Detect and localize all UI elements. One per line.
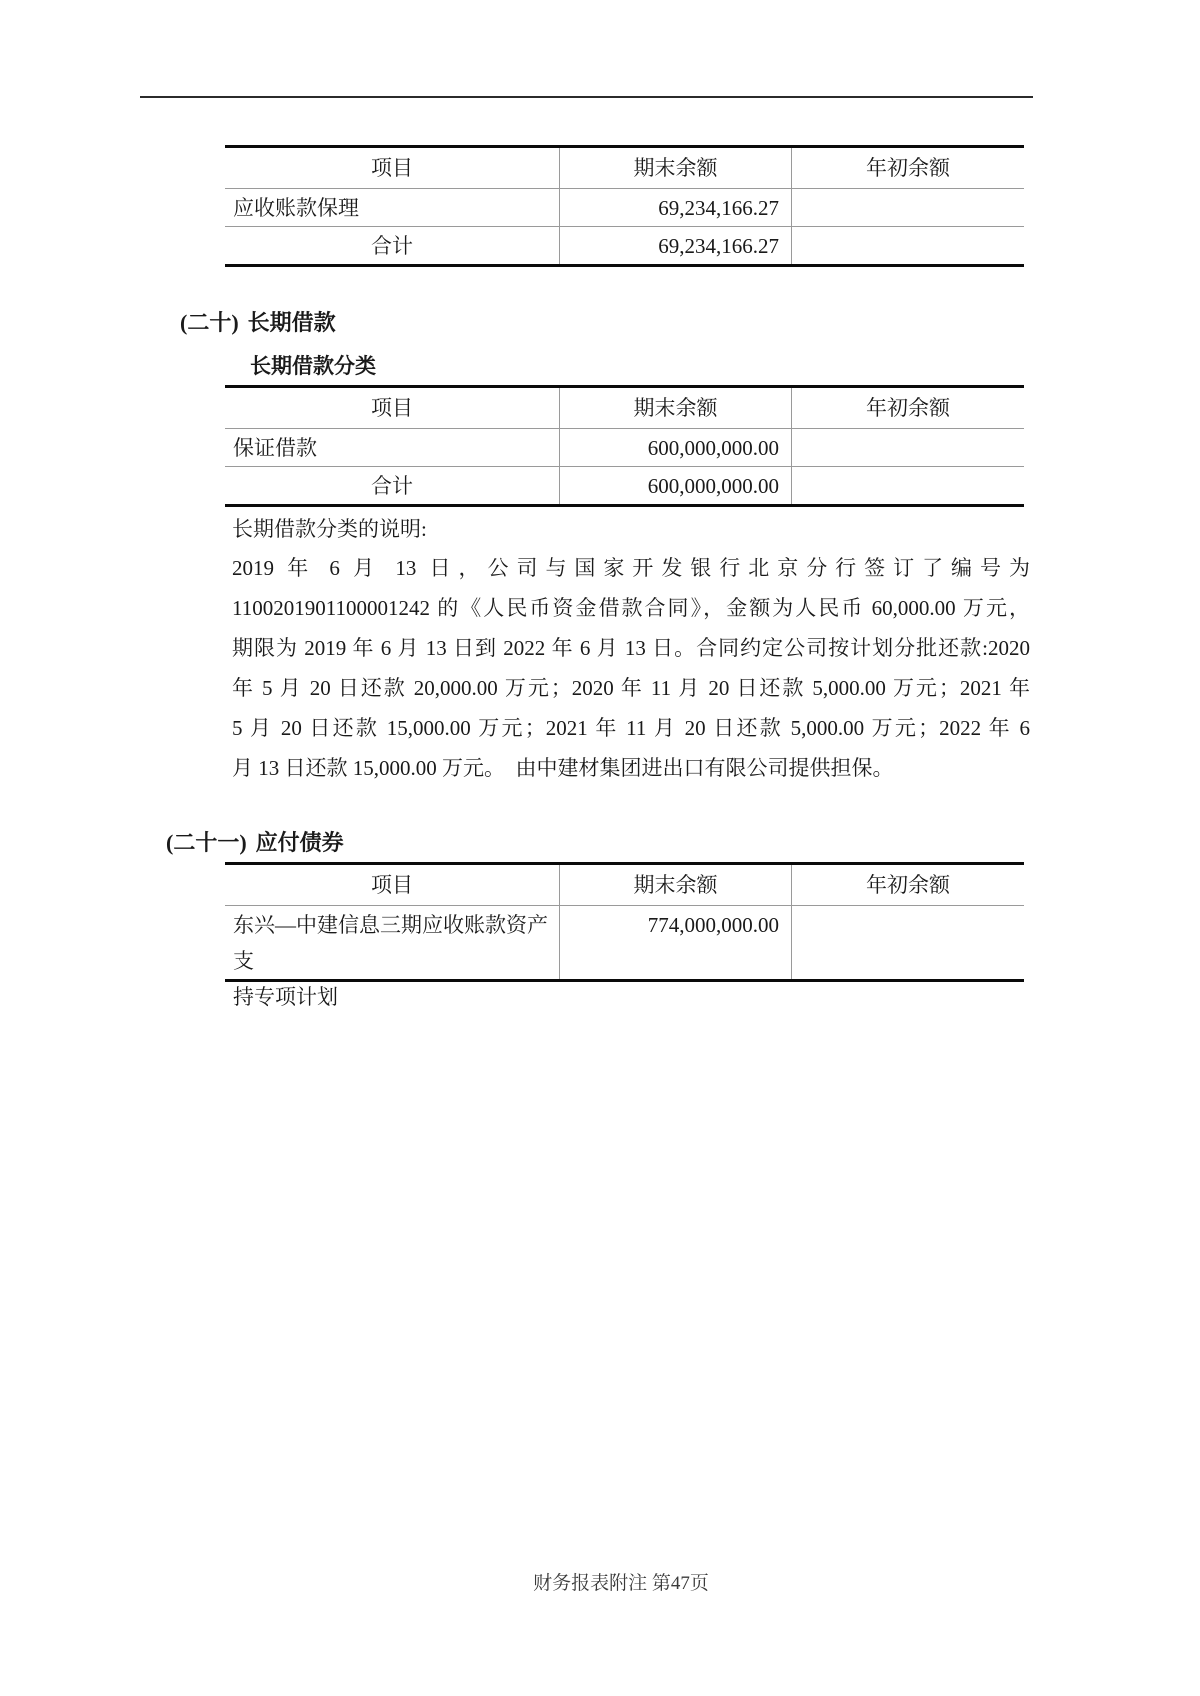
long-term-loan-table: 项目 期末余额 年初余额 保证借款 600,000,000.00 合计 600,… [225, 385, 1024, 507]
column-header-beginning-balance: 年初余额 [792, 388, 1024, 428]
table-header-row: 项目 期末余额 年初余额 [225, 148, 1024, 188]
note-line: 期限为 2019 年 6 月 13 日到 2022 年 6 月 13 日。合同约… [232, 628, 1030, 668]
column-header-item: 项目 [225, 148, 560, 188]
total-label: 合计 [225, 227, 560, 264]
column-header-beginning-balance: 年初余额 [792, 865, 1024, 905]
column-header-ending-balance: 期末余额 [560, 865, 792, 905]
note-line: 5 月 20 日还款 15,000.00 万元；2021 年 11 月 20 日… [232, 708, 1030, 748]
table-header-row: 项目 期末余额 年初余额 [225, 388, 1024, 428]
column-header-item: 项目 [225, 388, 560, 428]
loan-classification-note-paragraph: 2019 年 6 月 13 日，公司与国家开发银行北京分行签订了编号为 1100… [232, 548, 1030, 788]
note-line: 1100201901100001242 的《人民币资金借款合同》，金额为人民币 … [232, 588, 1030, 628]
row-item-label: 应收账款保理 [225, 189, 560, 226]
total-beginning-balance [792, 227, 1024, 264]
note-line: 2019 年 6 月 13 日，公司与国家开发银行北京分行签订了编号为 [232, 548, 1030, 588]
column-header-ending-balance: 期末余额 [560, 388, 792, 428]
column-header-ending-balance: 期末余额 [560, 148, 792, 188]
row-beginning-balance [792, 429, 1024, 466]
total-ending-balance: 69,234,166.27 [560, 227, 792, 264]
long-term-loan-classification-subtitle: 长期借款分类 [250, 353, 376, 379]
total-beginning-balance [792, 467, 1024, 504]
section-20-heading: (二十) 长期借款 [180, 310, 336, 336]
loan-classification-note-title: 长期借款分类的说明: [232, 516, 427, 542]
section-title: 应付债券 [256, 830, 344, 856]
table-row: 东兴—中建信息三期应收账款资产支 持专项计划 774,000,000.00 [225, 905, 1024, 979]
table-row: 保证借款 600,000,000.00 [225, 428, 1024, 466]
section-title: 长期借款 [248, 310, 336, 336]
table-header-row: 项目 期末余额 年初余额 [225, 865, 1024, 905]
item-label-line2: 持专项计划 [233, 979, 559, 1015]
receivables-factoring-table: 项目 期末余额 年初余额 应收账款保理 69,234,166.27 合计 69,… [225, 145, 1024, 267]
row-item-label: 东兴—中建信息三期应收账款资产支 持专项计划 [225, 906, 560, 979]
column-header-item: 项目 [225, 865, 560, 905]
total-label: 合计 [225, 467, 560, 504]
row-beginning-balance [792, 906, 1024, 979]
table-total-row: 合计 69,234,166.27 [225, 226, 1024, 264]
row-item-label: 保证借款 [225, 429, 560, 466]
column-header-beginning-balance: 年初余额 [792, 148, 1024, 188]
note-line: 月 13 日还款 15,000.00 万元。 由中建材集团进出口有限公司提供担保… [232, 748, 1030, 788]
table-total-row: 合计 600,000,000.00 [225, 466, 1024, 504]
note-line: 年 5 月 20 日还款 20,000.00 万元；2020 年 11 月 20… [232, 668, 1030, 708]
item-label-line1: 东兴—中建信息三期应收账款资产支 [233, 907, 559, 979]
section-21-heading: (二十一) 应付债券 [166, 830, 344, 856]
table-row: 应收账款保理 69,234,166.27 [225, 188, 1024, 226]
row-ending-balance: 600,000,000.00 [560, 429, 792, 466]
section-number: (二十) [180, 310, 239, 336]
page-footer: 财务报表附注 第47页 [0, 1568, 1200, 1595]
section-number: (二十一) [166, 830, 247, 856]
document-page: 项目 期末余额 年初余额 应收账款保理 69,234,166.27 合计 69,… [0, 0, 1200, 1696]
row-ending-balance: 69,234,166.27 [560, 189, 792, 226]
row-beginning-balance [792, 189, 1024, 226]
page-header-rule [140, 96, 1033, 98]
bonds-payable-table: 项目 期末余额 年初余额 东兴—中建信息三期应收账款资产支 持专项计划 774,… [225, 862, 1024, 982]
total-ending-balance: 600,000,000.00 [560, 467, 792, 504]
row-ending-balance: 774,000,000.00 [560, 906, 792, 979]
